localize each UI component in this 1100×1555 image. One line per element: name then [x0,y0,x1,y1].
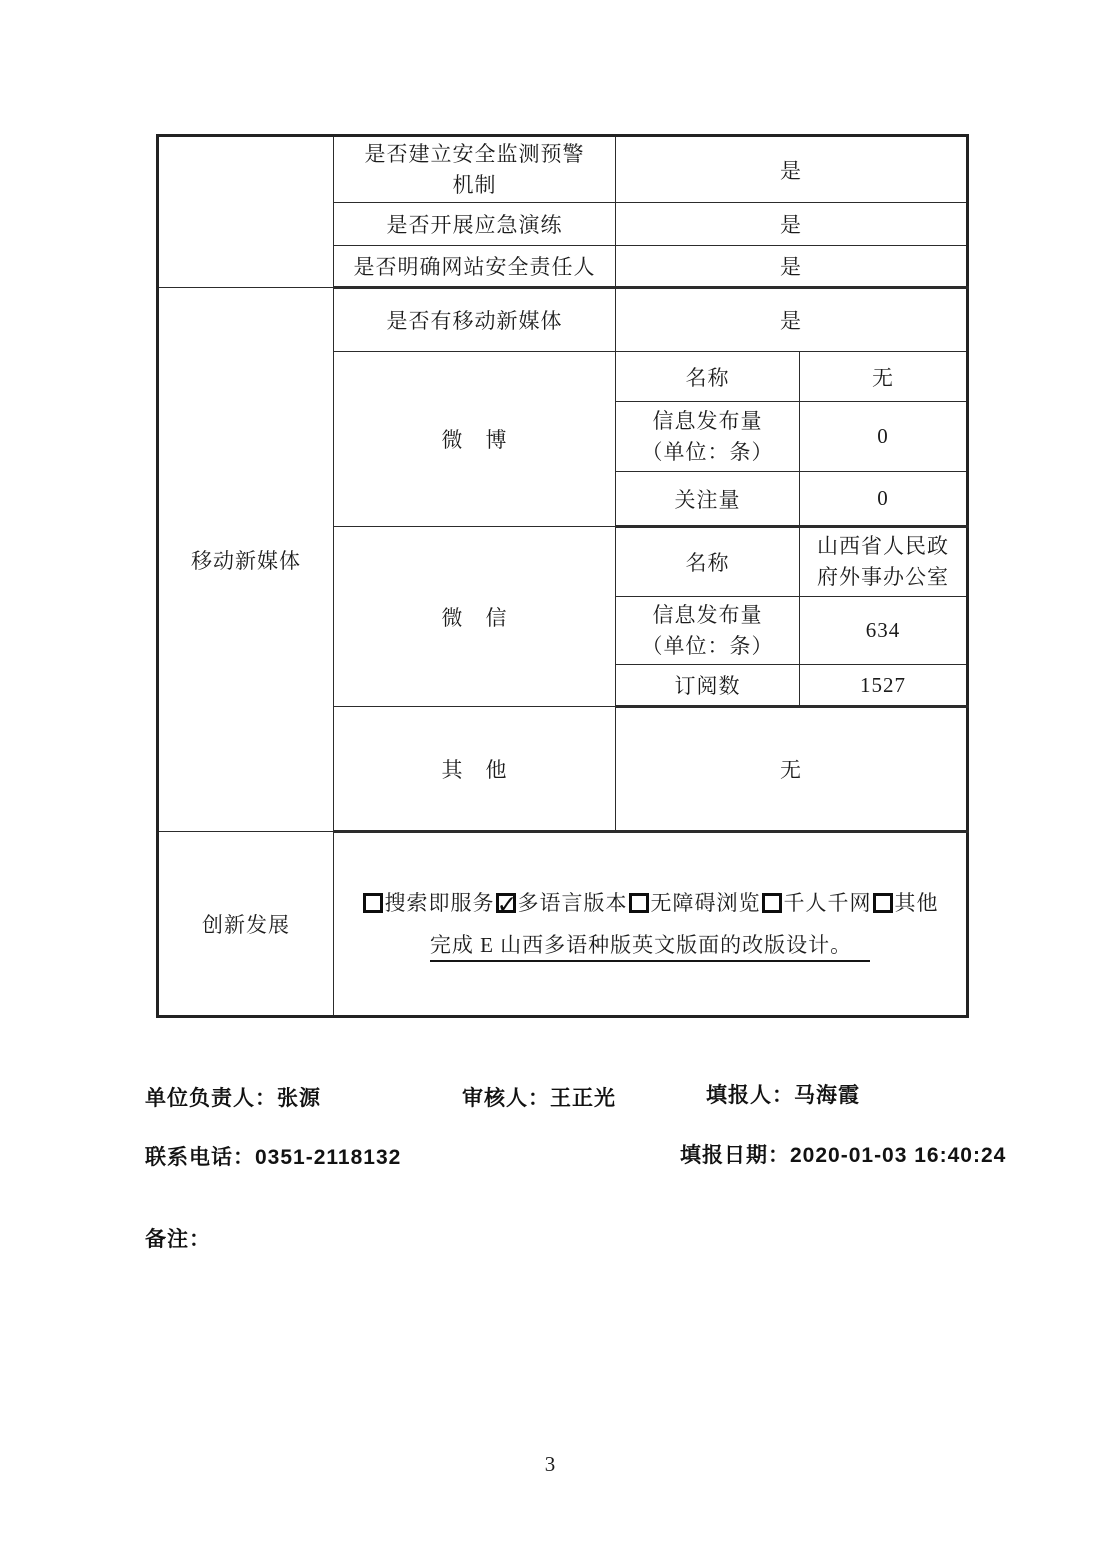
reviewer-value: 王正光 [550,1087,616,1110]
wechat-posts-label: 信息发布量 （单位：条） [616,597,800,665]
weibo-name-label: 名称 [616,352,800,402]
wechat-posts-value: 634 [800,597,968,665]
security-question-responsible: 是否明确网站安全责任人 [334,246,616,288]
checkbox-label-search-service: 搜索即服务 [385,891,495,915]
wechat-label: 微 信 [334,527,616,707]
reviewer: 审核人：王正光 [462,1082,616,1112]
mobile-media-question: 是否有移动新媒体 [334,288,616,352]
filler-value: 马海霞 [794,1084,860,1107]
remark: 备注： [145,1223,211,1253]
fill-date: 填报日期：2020-01-03 16:40:24 [680,1139,1006,1169]
section-cell-empty [158,136,334,288]
responsible-person-label: 单位负责人： [145,1087,277,1110]
checkmark-icon: ✓ [497,884,518,926]
responsible-person: 单位负责人：张源 [145,1082,321,1112]
checkbox-label-multilingual: 多语言版本 [518,891,628,915]
weibo-followers-value: 0 [800,472,968,527]
other-media-value: 无 [616,707,968,832]
contact-phone: 联系电话：0351-2118132 [145,1141,401,1171]
security-question-drill: 是否开展应急演练 [334,203,616,246]
filler: 填报人：马海霞 [706,1079,860,1109]
mobile-media-answer: 是 [616,288,968,352]
weibo-posts-label: 信息发布量 （单位：条） [616,402,800,472]
section-label-innovation: 创新发展 [158,832,334,1017]
reviewer-label: 审核人： [462,1087,550,1110]
fill-date-label: 填报日期： [680,1144,790,1167]
wechat-name-label: 名称 [616,527,800,597]
security-answer-monitoring: 是 [616,136,968,203]
weibo-name-value: 无 [800,352,968,402]
security-answer-responsible: 是 [616,246,968,288]
section-label-mobile-media: 移动新媒体 [158,288,334,832]
security-question-monitoring: 是否建立安全监测预警 机制 [334,136,616,203]
contact-phone-value: 0351-2118132 [255,1146,401,1169]
filler-label: 填报人： [706,1084,794,1107]
innovation-options-line: 搜索即服务✓多语言版本无障碍浏览千人千网其他 [334,882,966,924]
checkbox-personalized-icon [762,893,782,913]
weibo-posts-value: 0 [800,402,968,472]
checkbox-search-service-icon [363,893,383,913]
contact-phone-label: 联系电话： [145,1146,255,1169]
checkbox-accessibility-icon [629,893,649,913]
checkbox-label-other: 其他 [895,891,939,915]
wechat-name-value: 山西省人民政 府外事办公室 [800,527,968,597]
checkbox-other-icon [873,893,893,913]
report-table: 是否建立安全监测预警 机制 是 是否开展应急演练 是 是否明确网站安全责任人 是… [156,134,969,1018]
innovation-content-cell: 搜索即服务✓多语言版本无障碍浏览千人千网其他 完成 E 山西多语种版英文版面的改… [334,832,968,1017]
innovation-note: 完成 E 山西多语种版英文版面的改版设计。 [430,933,870,962]
security-answer-drill: 是 [616,203,968,246]
responsible-person-value: 张源 [277,1087,321,1110]
checkbox-multilingual-icon: ✓ [496,893,516,913]
weibo-label: 微 博 [334,352,616,527]
remark-label: 备注： [145,1228,211,1251]
weibo-followers-label: 关注量 [616,472,800,527]
checkbox-label-personalized: 千人千网 [784,891,872,915]
fill-date-value: 2020-01-03 16:40:24 [790,1144,1006,1167]
page-number: 3 [0,1452,1100,1477]
wechat-subscribers-label: 订阅数 [616,665,800,707]
other-media-label: 其 他 [334,707,616,832]
wechat-subscribers-value: 1527 [800,665,968,707]
checkbox-label-accessibility: 无障碍浏览 [651,891,761,915]
